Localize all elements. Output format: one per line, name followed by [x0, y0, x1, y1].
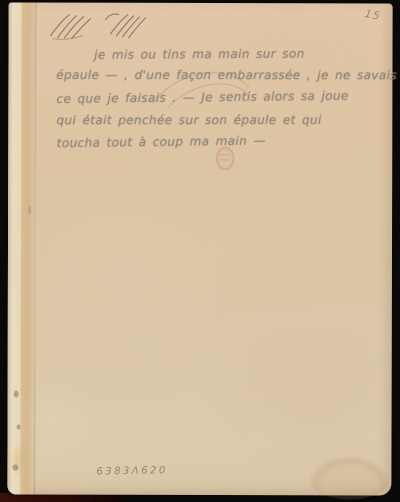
shelfmark-number: 6383Λ620	[96, 465, 168, 477]
folio-number: 15	[363, 7, 381, 23]
handwritten-text-block: je mis ou tins ma main sur son épaule — …	[56, 41, 389, 153]
binding-crease	[33, 3, 36, 495]
page-edge-strip-tan	[20, 3, 33, 495]
page-edge-strip-light	[7, 2, 21, 494]
manuscript-line: je mis ou tins ma main sur son	[56, 42, 388, 66]
pen-trials-icon	[43, 8, 155, 42]
manuscript-line: ce que je faisais . — Je sentis alors sa…	[56, 84, 388, 110]
water-stain	[307, 455, 391, 499]
red-oval-library-stamp-icon	[216, 147, 234, 170]
manuscript-line: épaule — , d'une façon embarrassée , je …	[56, 64, 388, 86]
manuscript-page: 15 je mis ou tins ma main sur son épaule…	[7, 2, 392, 495]
manuscript-scan: 15 je mis ou tins ma main sur son épaule…	[0, 0, 400, 502]
